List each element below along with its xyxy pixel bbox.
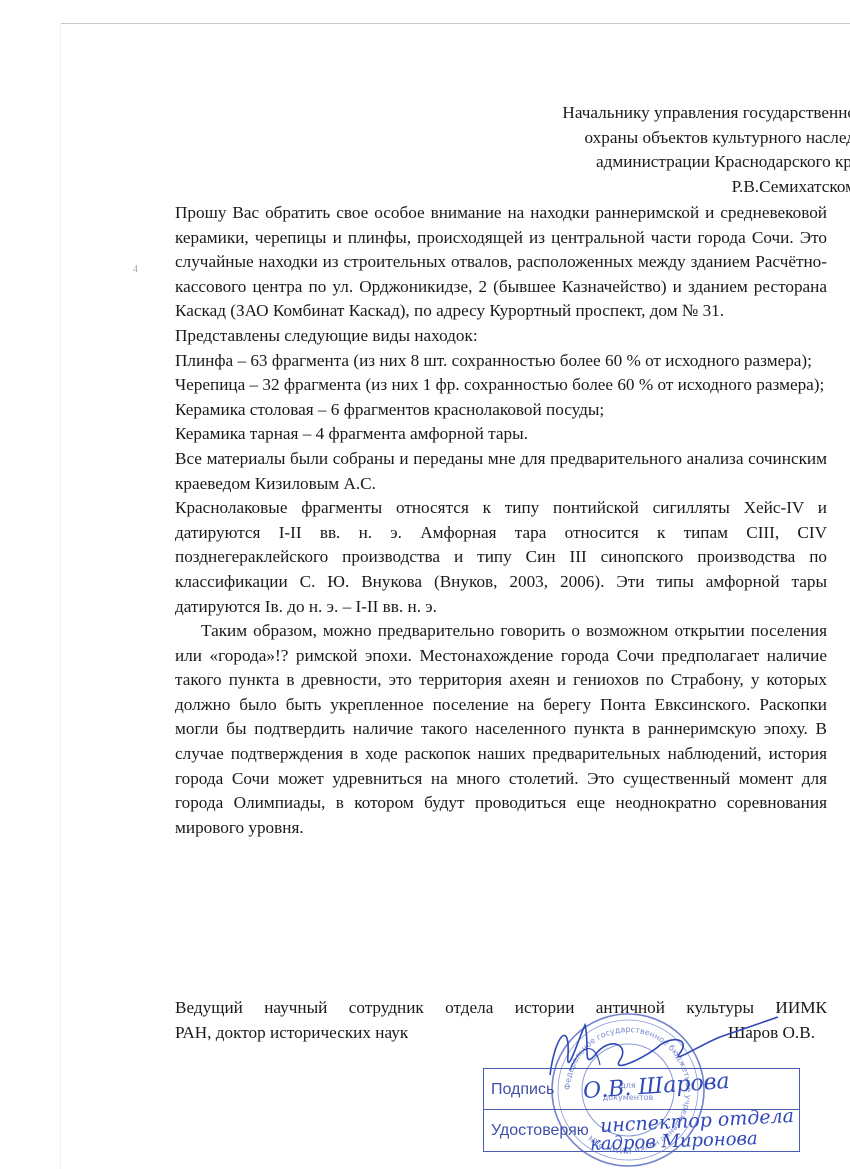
stamp-signature-row: Подпись xyxy=(484,1069,799,1110)
signer-degree: РАН, доктор исторических наук xyxy=(175,1021,408,1046)
page-edge-top xyxy=(60,23,850,24)
margin-mark: 4 xyxy=(133,264,138,275)
finds-item-tableware: Керамика столовая – 6 фрагментов краснол… xyxy=(175,398,827,423)
conclusion-paragraph: Таким образом, можно предварительно гово… xyxy=(175,619,827,840)
signer-name: Шаров О.В. xyxy=(728,1021,815,1046)
signature-block: Ведущий научный сотрудник отдела истории… xyxy=(175,996,827,1045)
dating-paragraph: Краснолаковые фрагменты относятся к типу… xyxy=(175,496,827,619)
finds-item-tiles: Черепица – 32 фрагмента (из них 1 фр. со… xyxy=(175,373,827,398)
stamp-certify-label: Удостоверяю xyxy=(491,1122,589,1139)
collection-paragraph: Все материалы были собраны и переданы мн… xyxy=(175,447,827,496)
letter-body: Прошу Вас обратить свое особое внимание … xyxy=(175,201,827,840)
addressee-block: Начальнику управления государственно охр… xyxy=(436,101,850,199)
stamp-signature-label: Подпись xyxy=(491,1081,554,1098)
page-edge-left xyxy=(60,23,61,1169)
finds-item-plinth: Плинфа – 63 фрагмента (из них 8 шт. сохр… xyxy=(175,349,827,374)
addressee-line: администрации Краснодарского кр xyxy=(436,150,850,175)
signer-role-line2: РАН, доктор исторических наук Шаров О.В. xyxy=(175,1021,827,1046)
addressee-line: Р.В.Семихатском xyxy=(436,175,850,200)
addressee-line: Начальнику управления государственно xyxy=(436,101,850,126)
finds-item-amphorae: Керамика тарная – 4 фрагмента амфорной т… xyxy=(175,422,827,447)
request-paragraph: Прошу Вас обратить свое особое внимание … xyxy=(175,201,827,324)
addressee-line: охраны объектов культурного наслед xyxy=(436,126,850,151)
finds-intro: Представлены следующие виды находок: xyxy=(175,324,827,349)
certification-stamp: Подпись Удостоверяю xyxy=(483,1068,800,1152)
stamp-certify-row: Удостоверяю xyxy=(484,1110,799,1151)
signer-role: Ведущий научный сотрудник отдела истории… xyxy=(175,996,827,1021)
